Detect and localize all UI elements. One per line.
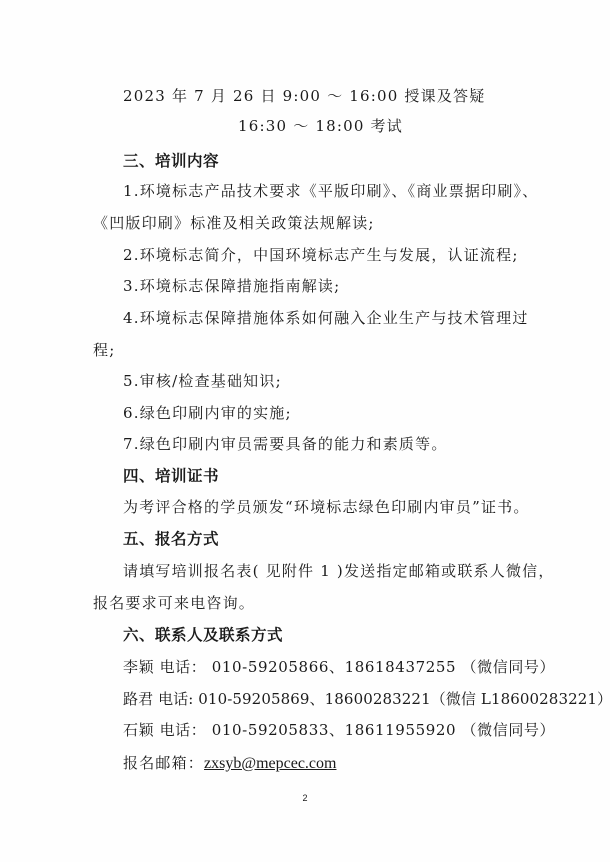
contact-shi-ying: 石颖 电话： 010-59205833、18611955920 （微信同号） [123, 720, 555, 740]
certificate-text: 为考评合格的学员颁发“环境标志绿色印刷内审员”证书。 [123, 497, 530, 517]
content-item: 7.绿色印刷内审员需要具备的能力和素质等。 [123, 434, 448, 454]
content-item: 6.绿色印刷内审的实施; [123, 403, 292, 423]
content-item: 5.审核/检查基础知识; [123, 371, 282, 391]
content-item: 程; [93, 340, 115, 360]
content-item: 2.环境标志简介，中国环境标志产生与发展，认证流程; [123, 245, 519, 265]
section-heading-contacts: 六、联系人及联系方式 [123, 625, 283, 645]
registration-text: 请填写培训报名表( 见附件 1 )发送指定邮箱或联系人微信， [123, 561, 555, 581]
section-heading-content: 三、培训内容 [123, 151, 219, 171]
email-link[interactable]: zxsyb@mepcec.com [204, 755, 336, 772]
contact-li-ying: 李颖 电话： 010-59205866、18618437255 （微信同号） [123, 657, 555, 677]
registration-text: 报名要求可来电咨询。 [93, 593, 255, 613]
content-item: 4.环境标志保障措施体系如何融入企业生产与技术管理过 [123, 308, 529, 328]
schedule-line-1: 2023 年 7 月 26 日 9:00 ～ 16:00 授课及答疑 [123, 86, 485, 106]
content-item: 1.环境标志产品技术要求《平版印刷》、《商业票据印刷》、 [123, 181, 538, 201]
schedule-line-2: 16:30 ～ 18:00 考试 [238, 116, 403, 136]
email-row: 报名邮箱：zxsyb@mepcec.com [123, 753, 336, 774]
email-label: 报名邮箱： [123, 754, 204, 772]
content-item: 3.环境标志保障措施指南解读; [123, 276, 340, 296]
section-heading-registration: 五、报名方式 [123, 529, 219, 549]
contact-lu-jun: 路君 电话: 010-59205869、18600283221（微信 L1860… [123, 689, 610, 709]
document-page: 2023 年 7 月 26 日 9:00 ～ 16:00 授课及答疑 16:30… [0, 0, 610, 862]
section-heading-certificate: 四、培训证书 [123, 466, 219, 486]
page-number: 2 [0, 793, 610, 803]
content-item: 《凹版印刷》标准及相关政策法规解读; [93, 213, 375, 233]
